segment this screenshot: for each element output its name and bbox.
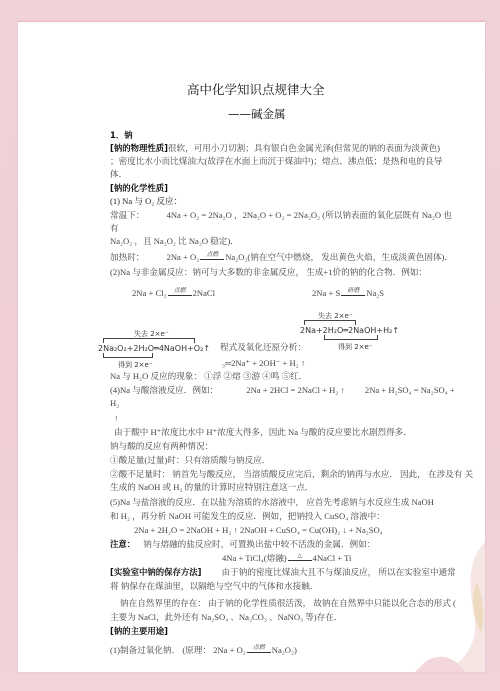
condition-arrow: 点燃 [247, 647, 271, 655]
water-phenomenon: Na 与 H₂O 反应的现象： ①浮 ②熔 ③游 ④鸣 ⑤红． [110, 370, 307, 384]
acid-note: 由于酸中 H⁺浓度比水中 H⁺浓度大得多，因此 Na 与酸的反应要比水剧烈得多． [114, 426, 412, 440]
chemical-properties-label: [钠的化学性质] [110, 182, 168, 196]
uses-label: [钠的主要用途] [110, 625, 168, 639]
cl2-equation: 2Na + Cl₂点燃2NaCl [132, 287, 215, 301]
storage-label: [实验室中钠的保存方法] [110, 567, 201, 577]
gas-arrow: ↑ [114, 412, 118, 426]
acid-case-2-line1: ②酸不足量时： 钠首先与酸反应， 当溶质酸反应完后，剩余的钠再与水应． 因此， … [110, 468, 473, 482]
section-heading-sodium: 1．钠 [110, 129, 133, 143]
physical-properties-line1: [钠的物理性质]很软，可用小刀切割；具有银白色金属光泽(但常见的钠的表面为淡黄色… [110, 142, 440, 156]
page-subtitle: ——碱金属 [228, 108, 286, 122]
note-line: 注意： 钠与熔融的盐反应时，可置换出盐中较不活泼的金属．例如： [110, 538, 375, 552]
redox-diagram-na-water: 失去 2×e⁻ 2Na+2H₂O═2NaOH+H₂↑ 得到 2×e⁻ [300, 310, 400, 355]
condition-arrow: 点燃 [200, 254, 224, 262]
nonmetal-heading: (2)Na 与非金属反应：钠可与大多数的非金属反应， 生成+1价的钠的化合物．例… [110, 266, 427, 280]
condition-arrow: △ [288, 555, 312, 563]
redox-diagram-na2o2-water: 失去 2×e⁻ 2Na₂O₂+2H₂O═4NaOH+O₂↑ 得到 2×e⁻ [98, 328, 208, 373]
o2-room-cont1: 有 [110, 222, 119, 236]
ionic-equation: ₃═2Na⁺ + 2OH⁻ + H₂ ↑ [222, 357, 305, 371]
nature-line2: 主要为 NaCl，此外还有 Na₂SO₄ 、Na₂CO₃ 、NaNO₃ 等)存在… [110, 611, 342, 625]
use-1-line: (1)制备过氧化钠． (原理： 2Na + O₂点燃Na₂O₂) [110, 644, 297, 658]
salt-line1: (5)Na 与盐溶液的反应．在以盐为溶质的水溶液中， 应首先考虑钠与水反应生成 … [110, 496, 434, 510]
acid-case-2-line2: 生成的 NaOH 或 H₂ 的量的计算时应特别注意这一点． [110, 481, 314, 495]
o2-heating-line: 加热时： 2Na + O₂点燃Na₂O₂(钠在空气中燃烧， 发出黄色火焰，生成淡… [110, 251, 453, 265]
ticl4-equation: 4Na + TiCl₄(熔融)△4NaCl + Ti [222, 552, 351, 566]
acid-reaction-line: (4)Na 与酸溶液反应．例如： 2Na + 2HCl = 2NaCl + H₂… [110, 384, 455, 398]
storage-line1: [实验室中钠的保存方法] 由于钠的密度比煤油大且不与煤油反应， 所以在实验室中通… [110, 566, 456, 580]
condition-arrow: 研磨 [341, 290, 365, 298]
physical-properties-line2: ；密度比水小而比煤油大(故浮在水面上而沉于煤油中)；熔点、沸点低；是热和电的良导 [110, 155, 442, 169]
acid-case-1: ①酸足量(过量)时：只有溶质酸与钠反应． [110, 454, 270, 468]
nature-line1: 钠在自然界里的存在： 由于钠的化学性质很活泼， 故钠在自然界中只能以化合态的形式… [120, 597, 456, 611]
note-label: 注意： [110, 539, 135, 549]
storage-line2: 将 钠保存在煤油里，以隔绝与空气中的气体和水接触． [110, 580, 318, 594]
page-title: 高中化学知识点规律大全 [187, 83, 325, 97]
o2-reaction-heading: (1) Na 与 O₂ 反应： [110, 195, 182, 209]
physical-properties-line3: 体． [110, 168, 127, 182]
salt-line2: 和 H₂ ，再分析 NaOH 可能发生的反应．例如，把钠投入 CuSO₄ 溶液中… [110, 510, 385, 524]
physical-properties-label: [钠的物理性质] [110, 143, 168, 153]
o2-room-temp-line: 常温下： 4Na + O₂ = 2Na₂O ，2Na₂O + O₂ = 2Na₂… [110, 209, 452, 223]
o2-room-cont2: Na₂O₂ ，且 Na₂O₂ 比 Na₂O 稳定)． [110, 235, 239, 249]
condition-arrow: 点燃 [168, 290, 192, 298]
document-page: 高中化学知识点规律大全 ——碱金属 1．钠 [钠的物理性质]很软，可用小刀切割；… [18, 21, 485, 672]
acid-eq-cont: H₂ [110, 397, 119, 411]
salt-equation: 2Na + 2H₂O = 2NaOH + H₂ ↑ 2NaOH + CuSO₄ … [134, 524, 383, 538]
redox-note: 程式及氧化还原分析： [220, 341, 306, 355]
s-equation: 2Na + S研磨Na₂S [312, 287, 384, 301]
acid-cases: 钠与酸的反应有两种情况： [110, 440, 213, 454]
